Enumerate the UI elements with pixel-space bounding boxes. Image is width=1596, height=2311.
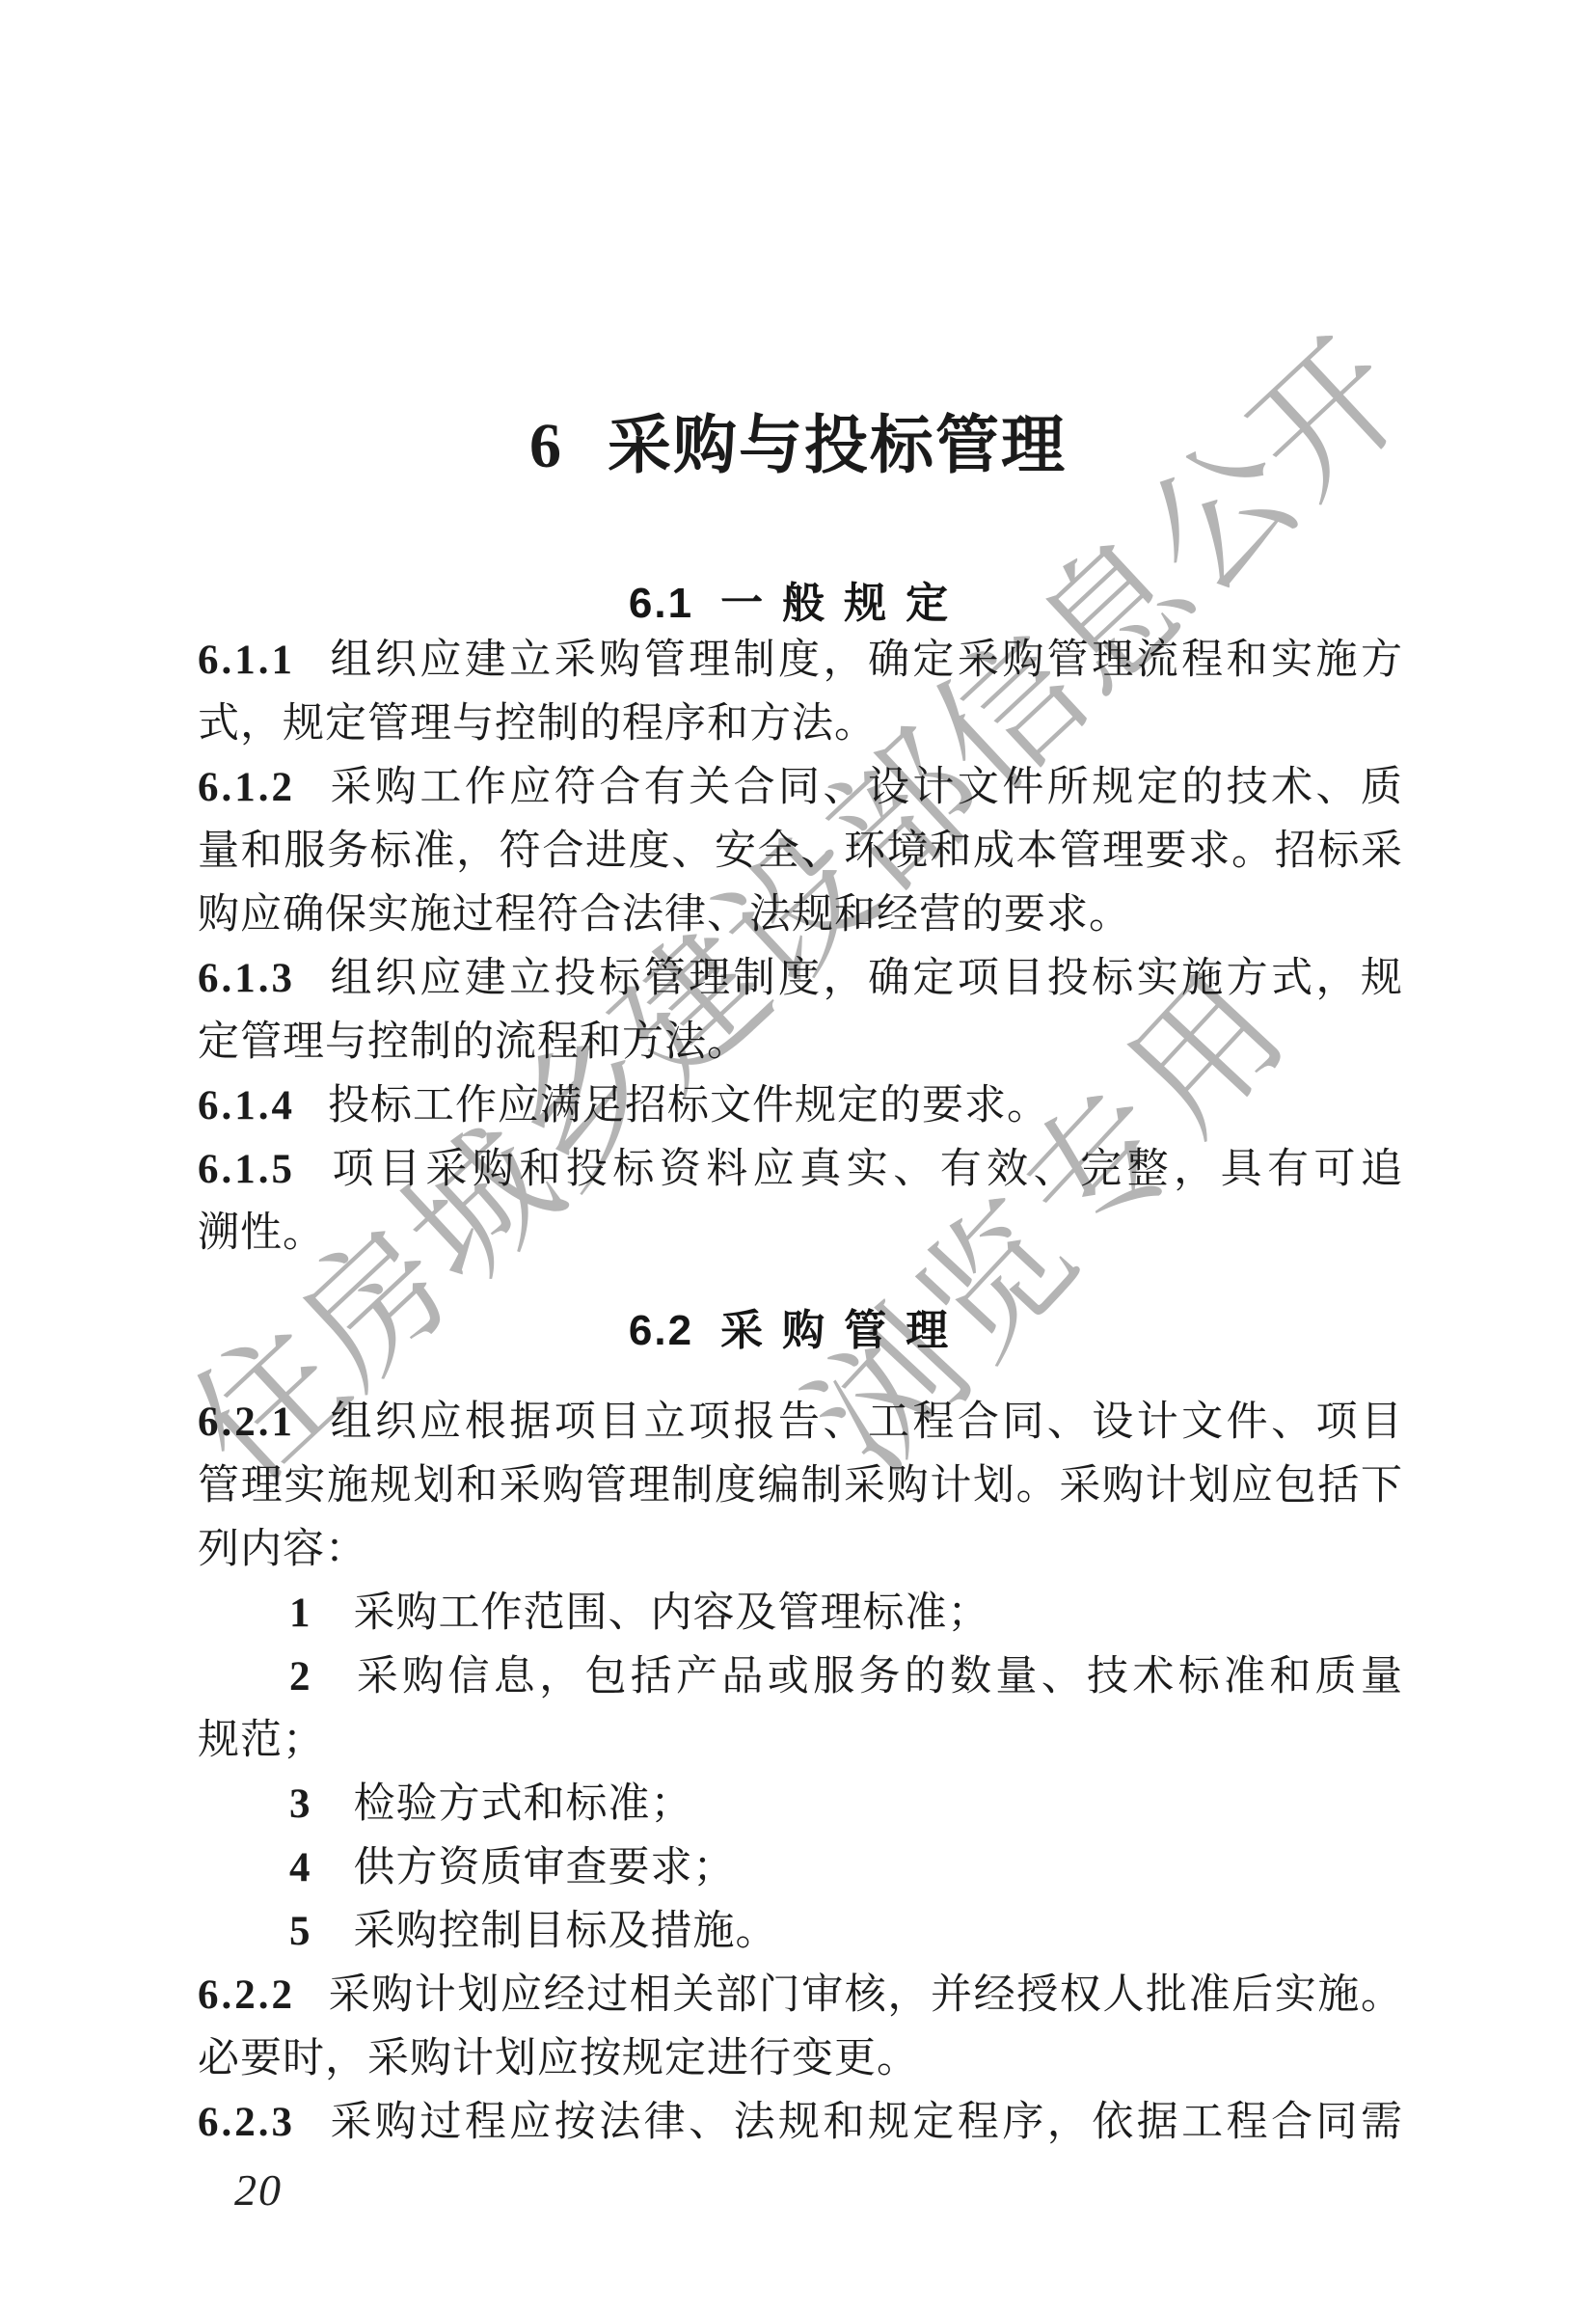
line-text: 投标工作应满足招标文件规定的要求。 [328, 1083, 1049, 1128]
line-text: 采购过程应按法律、法规和规定程序，依据工程合同需 [328, 2100, 1403, 2145]
line-text: 供方资质审查要求； [354, 1845, 736, 1890]
section-heading-6-2: 6.2采购管理 [0, 1304, 1596, 1358]
clause-line: 6.1.1组织应建立采购管理制度，确定采购管理流程和实施方 [198, 629, 1403, 693]
clause-number: 6.2.3 [198, 2100, 295, 2145]
list-item-line: 5采购控制目标及措施。 [198, 1900, 1403, 1964]
clause-number: 6.1.3 [198, 956, 295, 1001]
clause-number: 6.1.2 [198, 765, 295, 810]
clause-line: 6.2.3采购过程应按法律、法规和规定程序，依据工程合同需 [198, 2091, 1403, 2155]
section-heading-number: 6.1 [629, 580, 693, 627]
line-text: 式，规定管理与控制的程序和方法。 [198, 701, 877, 747]
clause-line: 6.1.3组织应建立投标管理制度，确定项目投标实施方式，规 [198, 947, 1403, 1011]
continuation-line: 式，规定管理与控制的程序和方法。 [198, 693, 1403, 756]
page-content: 6采购与投标管理 6.1一般规定 6.1.1组织应建立采购管理制度，确定采购管理… [0, 0, 1596, 2311]
line-text: 购应确保实施过程符合法律、法规和经营的要求。 [198, 892, 1131, 938]
section-heading-title: 采购管理 [720, 1307, 967, 1354]
clause-number: 6.2.2 [198, 1972, 295, 2018]
line-text: 采购计划应经过相关部门审核，并经授权人批准后实施。 [328, 1972, 1403, 2018]
line-text: 采购工作应符合有关合同、设计文件所规定的技术、质 [328, 765, 1403, 810]
line-text: 规范； [198, 1718, 325, 1763]
continuation-line: 定管理与控制的流程和方法。 [198, 1011, 1403, 1074]
clause-line: 6.1.4投标工作应满足招标文件规定的要求。 [198, 1074, 1403, 1138]
clause-number: 6.2.1 [198, 1400, 295, 1445]
clause-line: 6.2.2采购计划应经过相关部门审核，并经授权人批准后实施。 [198, 1964, 1403, 2027]
list-item-number: 3 [289, 1781, 311, 1827]
clause-number: 6.1.1 [198, 638, 295, 683]
line-text: 管理实施规划和采购管理制度编制采购计划。采购计划应包括下 [198, 1463, 1403, 1509]
clause-line: 6.1.5项目采购和投标资料应真实、有效、完整，具有可追 [198, 1138, 1403, 1202]
clause-line: 6.2.1组织应根据项目立项报告、工程合同、设计文件、项目 [198, 1391, 1403, 1455]
line-text: 组织应建立投标管理制度，确定项目投标实施方式，规 [328, 956, 1403, 1001]
continuation-line: 量和服务标准，符合进度、安全、环境和成本管理要求。招标采 [198, 820, 1403, 884]
line-text: 组织应建立采购管理制度，确定采购管理流程和实施方 [328, 638, 1403, 683]
chapter-title: 6采购与投标管理 [0, 400, 1596, 493]
line-text: 列内容： [198, 1527, 367, 1572]
list-item-line: 1采购工作范围、内容及管理标准； [198, 1582, 1403, 1645]
chapter-title-text: 采购与投标管理 [608, 411, 1067, 481]
line-text: 组织应根据项目立项报告、工程合同、设计文件、项目 [328, 1400, 1403, 1445]
line-text: 溯性。 [198, 1210, 325, 1256]
section-6-2-body: 6.2.1组织应根据项目立项报告、工程合同、设计文件、项目管理实施规划和采购管理… [198, 1391, 1403, 2155]
list-item-number: 4 [289, 1845, 311, 1890]
continuation-line: 规范； [198, 1709, 1403, 1773]
list-item-number: 5 [289, 1909, 311, 1954]
line-text: 检验方式和标准； [354, 1781, 693, 1827]
section-heading-title: 一般规定 [720, 580, 967, 627]
list-item-number: 2 [289, 1654, 311, 1699]
continuation-line: 列内容： [198, 1518, 1403, 1582]
line-text: 采购信息，包括产品或服务的数量、技术标准和质量 [354, 1654, 1404, 1699]
clause-line: 6.1.2采购工作应符合有关合同、设计文件所规定的技术、质 [198, 756, 1403, 820]
section-6-1-body: 6.1.1组织应建立采购管理制度，确定采购管理流程和实施方式，规定管理与控制的程… [198, 629, 1403, 1265]
line-text: 项目采购和投标资料应真实、有效、完整，具有可追 [328, 1147, 1403, 1192]
continuation-line: 溯性。 [198, 1202, 1403, 1265]
section-heading-6-1: 6.1一般规定 [0, 577, 1596, 631]
page-number: 20 [234, 2165, 283, 2216]
line-text: 采购控制目标及措施。 [354, 1909, 778, 1954]
section-heading-number: 6.2 [629, 1307, 693, 1354]
line-text: 采购工作范围、内容及管理标准； [354, 1591, 990, 1636]
continuation-line: 必要时，采购计划应按规定进行变更。 [198, 2027, 1403, 2091]
clause-number: 6.1.4 [198, 1083, 295, 1128]
chapter-number: 6 [529, 411, 561, 481]
continuation-line: 管理实施规划和采购管理制度编制采购计划。采购计划应包括下 [198, 1455, 1403, 1518]
line-text: 必要时，采购计划应按规定进行变更。 [198, 2036, 919, 2081]
list-item-line: 4供方资质审查要求； [198, 1836, 1403, 1900]
list-item-line: 3检验方式和标准； [198, 1773, 1403, 1836]
document-page: 住房城乡建设部信息公开 浏览专用 6采购与投标管理 6.1一般规定 6.1.1组… [0, 0, 1596, 2311]
line-text: 定管理与控制的流程和方法。 [198, 1020, 749, 1065]
continuation-line: 购应确保实施过程符合法律、法规和经营的要求。 [198, 884, 1403, 947]
list-item-line: 2采购信息，包括产品或服务的数量、技术标准和质量 [198, 1645, 1403, 1709]
clause-number: 6.1.5 [198, 1147, 295, 1192]
line-text: 量和服务标准，符合进度、安全、环境和成本管理要求。招标采 [198, 829, 1403, 874]
list-item-number: 1 [289, 1591, 311, 1636]
